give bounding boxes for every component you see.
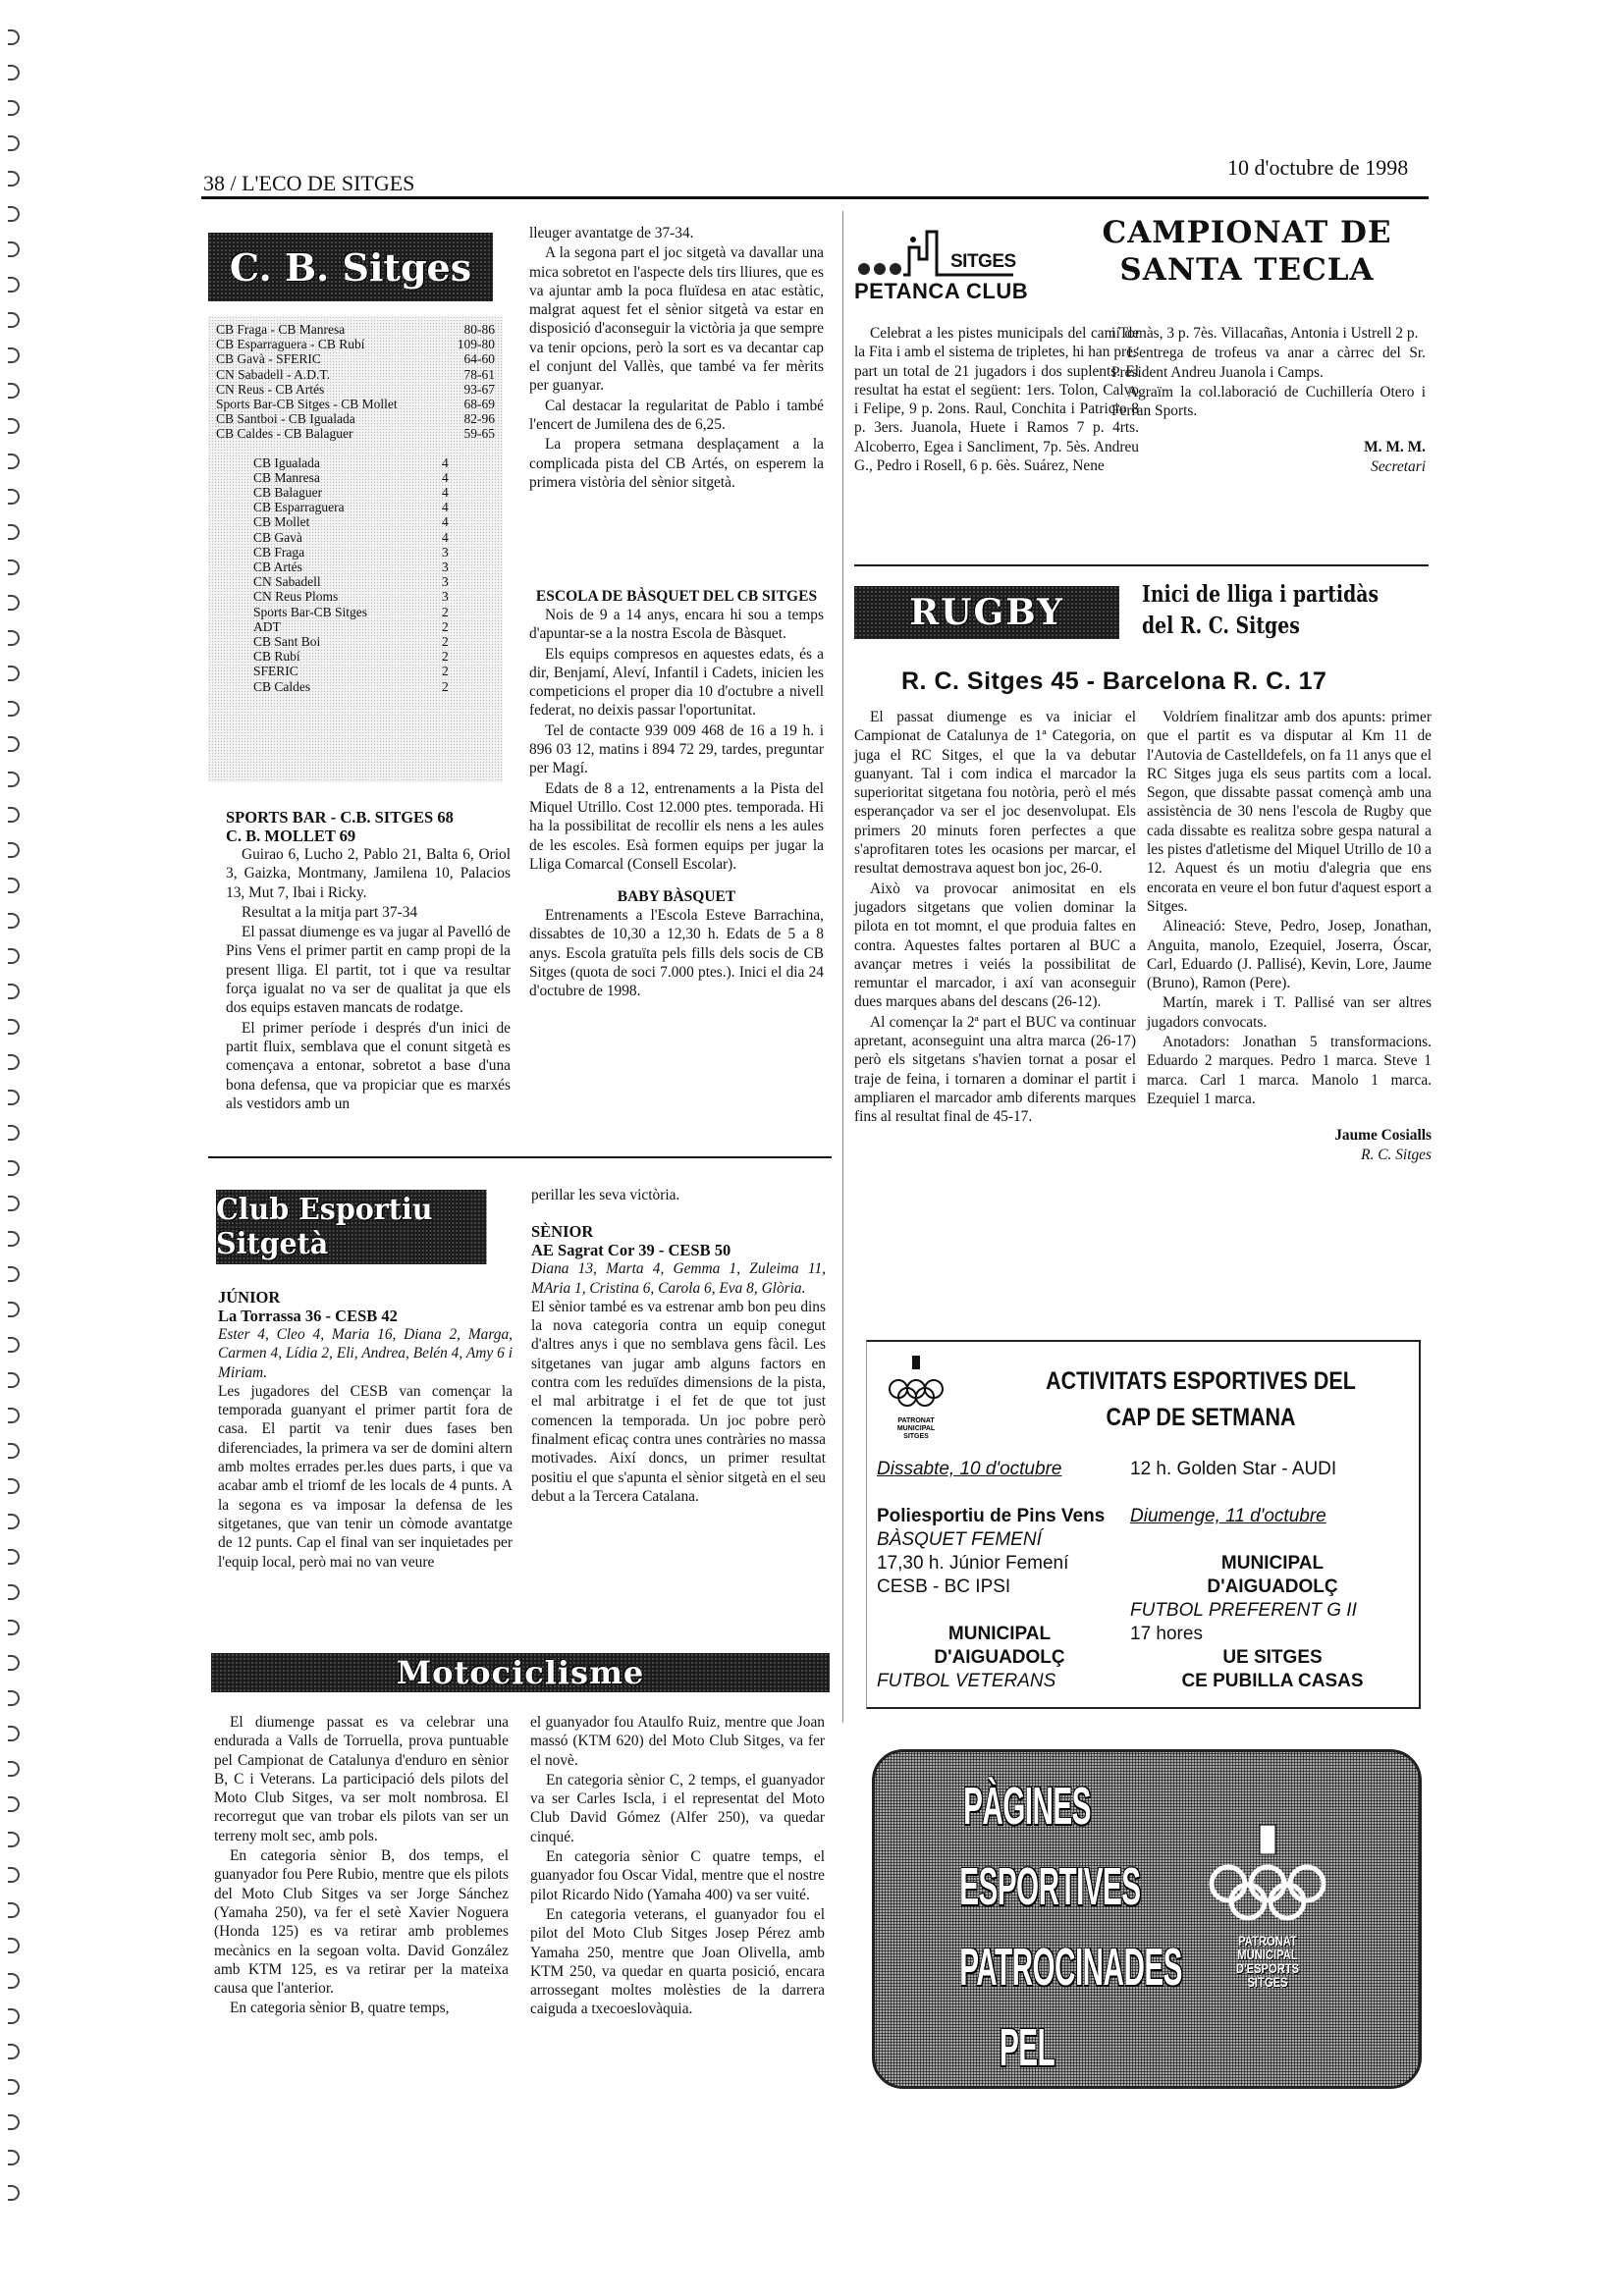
standings-team: CB Esparraguera [253,500,345,514]
venue-municipal: MUNICIPAL [1130,1552,1415,1575]
standings-points: 2 [442,605,471,619]
result-match: CB Esparraguera - CB Rubí [216,337,364,351]
time-17-hores: 17 hores [1130,1623,1415,1646]
senior-report: El sènior també es va estrenar amb bon p… [531,1298,826,1506]
rugby-title: RUGBY [909,592,1064,633]
result-row: CN Reus - CB Artés93-67 [216,382,495,397]
petanca-column-2: i Tomàs, 3 p. 7ès. Villacañas, Antonia i… [1111,324,1426,476]
standings-row: CB Gavà4 [253,530,471,545]
moto-paragraph: En categoria sènior C quatre temps, el g… [530,1847,825,1904]
petanca-paragraph: Celebrat a les pistes municipals del cam… [854,324,1139,475]
logo-line-1: PATRONAT [1213,1934,1323,1948]
rugby-paragraph: El passat diumenge es va iniciar el Camp… [854,708,1136,879]
standings-points: 3 [442,574,471,589]
sport-futbol-veterans: FUTBOL VETERANS [877,1670,1122,1693]
team-ue-sitges: UE SITGES [1130,1646,1415,1670]
logo-line-4: SITGES [1213,1975,1323,1989]
report-paragraph: El primer període i després d'un inici d… [226,1019,511,1113]
standings-row: CN Sabadell3 [253,574,471,589]
standings-points: 2 [442,634,471,649]
venue-pins-vens: Poliesportiu de Pins Vens [877,1505,1122,1528]
venue-aiguadolc: D'AIGUADOLÇ [1130,1575,1415,1599]
moto-paragraph: El diumenge passat es va celebrar una en… [214,1713,509,1845]
activities-title: ACTIVITATS ESPORTIVES DEL CAP DE SETMANA [1023,1363,1378,1436]
standings-row: CB Igualada4 [253,455,471,470]
result-score: 59-65 [464,426,496,441]
cesb-junior-section: JÚNIOR La Torrassa 36 - CESB 42 Ester 4,… [218,1288,513,1573]
standings-team: CN Sabadell [253,574,321,589]
junior-report: Les jugadores del CESB van començar la t… [218,1382,513,1572]
promo-line-2: ESPORTIVES [959,1846,1095,1927]
standings-points: 4 [442,514,471,529]
report-paragraph: A la segona part el joc sitgetà va daval… [529,243,824,395]
result-row: CB Esparraguera - CB Rubí109-80 [216,337,495,351]
cesb-title: Club Esportiu Sitgetà [216,1193,487,1261]
rugby-column-1: El passat diumenge es va iniciar el Camp… [854,708,1136,1128]
result-match: CN Sabadell - A.D.T. [216,367,330,382]
standings-row: CB Sant Boi2 [253,634,471,649]
rugby-paragraph: Al començar la 2ª part el BUC va continu… [854,1013,1136,1127]
result-score: 78-61 [464,367,496,382]
sport-basquet-femeni: BÀSQUET FEMENÍ [877,1528,1122,1552]
standings-points: 3 [442,545,471,560]
logo-line-3: D'ESPORTS [1213,1961,1323,1975]
svg-text:MUNICIPAL: MUNICIPAL [897,1425,936,1432]
venue-municipal: MUNICIPAL [877,1623,1122,1646]
promo-line-1: PÀGINES [959,1766,1095,1846]
escola-title: ESCOLA DE BÀSQUET DEL CB SITGES [529,587,824,606]
weekend-activities-box: PATRONAT MUNICIPAL SITGES ACTIVITATS ESP… [866,1340,1421,1709]
section-divider [854,564,1429,566]
petanca-paragraph: L'entrega de trofeus va anar a càrrec de… [1111,344,1426,382]
standings-team: ADT [253,619,281,634]
activities-sunday: 12 h. Golden Star - AUDI Diumenge, 11 d'… [1130,1458,1415,1693]
page-date: 10 d'octubre de 1998 [1227,155,1408,181]
rugby-score: R. C. Sitges 45 - Barcelona R. C. 17 [901,667,1326,696]
result-score: 82-96 [464,411,496,426]
rugby-paragraph: Voldríem finalitzar amb dos apunts: prim… [1147,708,1432,916]
result-score: 80-86 [464,322,496,337]
activities-saturday: Dissabte, 10 d'octubre Poliesportiu de P… [877,1458,1122,1693]
standings-team: CB Manresa [253,470,320,485]
standings-points: 2 [442,679,471,694]
standings-points: 4 [442,485,471,500]
junior-report-continued: perillar les seva victòria. [531,1186,826,1204]
result-match: CN Reus - CB Artés [216,382,324,397]
result-row: Sports Bar-CB Sitges - CB Mollet68-69 [216,397,495,411]
time-golden-star-audi: 12 h. Golden Star - AUDI [1130,1458,1415,1481]
result-row: CB Santboi - CB Igualada82-96 [216,411,495,426]
rugby-headline: Inici de lliga i partidàs del R. C. Sitg… [1142,579,1379,642]
standings-team: CB Rubí [253,649,300,664]
result-row: CN Sabadell - A.D.T.78-61 [216,367,495,382]
page-header-label: 38 / L'ECO DE SITGES [203,171,414,196]
result-match: CB Gavà - SFERIC [216,351,321,366]
petanca-logo-name: PETANCA CLUB [854,279,1028,304]
promo-headline: PÀGINES ESPORTIVES PATROCINADES PEL [959,1766,1095,2088]
report-paragraph: Guirao 6, Lucho 2, Pablo 21, Balta 6, Or… [226,845,511,902]
cesb-senior-section: perillar les seva victòria. SÈNIOR AE Sa… [531,1186,826,1507]
venue-aiguadolc: D'AIGUADOLÇ [877,1646,1122,1670]
rugby-column-2: Voldríem finalitzar amb dos apunts: prim… [1147,708,1432,1164]
standings-points: 4 [442,470,471,485]
sport-futbol-preferent: FUTBOL PREFERENT G II [1130,1599,1415,1623]
moto-column-2: el guanyador fou Ataulfo Ruiz, mentre qu… [530,1713,825,2020]
standings-row: CB Mollet4 [253,514,471,529]
result-match: Sports Bar-CB Sitges - CB Mollet [216,397,398,411]
petanca-signature: M. M. M. [1111,438,1426,456]
patronat-logo: PATRONAT MUNICIPAL D'ESPORTS SITGES [1199,1821,1336,1989]
escola-paragraph: Nois de 9 a 14 anys, encara hi sou a tem… [529,606,824,644]
senior-players: Diana 13, Marta 4, Gemma 1, Zuleima 11, … [531,1259,826,1298]
moto-paragraph: En categoria sènior B, dos temps, el gua… [214,1846,509,1998]
moto-paragraph: el guanyador fou Ataulfo Ruiz, mentre qu… [530,1713,825,1770]
escola-paragraph: Tel de contacte 939 009 468 de 16 a 19 h… [529,721,824,778]
team-ce-pubilla-casas: CE PUBILLA CASAS [1130,1670,1415,1693]
cb-sitges-banner: C. B. Sitges [208,233,493,301]
standings-row: CB Artés3 [253,560,471,574]
saturday-label: Dissabte, 10 d'octubre [877,1458,1122,1481]
rugby-banner: RUGBY [854,586,1119,639]
standings-row: Sports Bar-CB Sitges2 [253,605,471,619]
standings-team: CB Mollet [253,514,309,529]
result-row: CB Gavà - SFERIC64-60 [216,351,495,366]
section-divider [208,1156,832,1158]
cb-sitges-title: C. B. Sitges [230,245,471,290]
junior-label: JÚNIOR [218,1288,513,1307]
motociclisme-banner: Motociclisme [211,1653,830,1692]
junior-players: Ester 4, Cleo 4, Maria 16, Diana 2, Marg… [218,1325,513,1382]
match-title-line-1: SPORTS BAR - C.B. SITGES 68 [226,808,511,827]
motociclisme-title: Motociclisme [397,1654,645,1691]
standings-team: CB Balaguer [253,485,322,500]
petanca-logo-sitges: SITGES [950,251,1016,273]
escola-paragraph: Els equips compresos en aquestes edats, … [529,645,824,721]
senior-match: AE Sagrat Cor 39 - CESB 50 [531,1241,826,1259]
escola-paragraph: Edats de 8 a 12, entrenaments a la Pista… [529,779,824,874]
promo-line-3: PATROCINADES [959,1927,1095,2007]
standings-team: CB Sant Boi [253,634,320,649]
petanca-column-1: Celebrat a les pistes municipals del cam… [854,324,1139,476]
baby-basquet-title: BABY BÀSQUET [529,887,824,906]
moto-paragraph: En categoria sènior C, 2 temps, el guany… [530,1771,825,1846]
standings-points: 4 [442,455,471,470]
standings-team: CB Caldes [253,679,310,694]
escola-basquet-section: ESCOLA DE BÀSQUET DEL CB SITGES Nois de … [529,587,824,1002]
standings-row: CB Rubí2 [253,649,471,664]
moto-column-1: El diumenge passat es va celebrar una en… [214,1713,509,2019]
moto-paragraph: En categoria sènior B, quatre temps, [214,1999,509,2017]
report-paragraph: Resultat a la mitja part 37-34 [226,903,511,922]
petanca-headline: CAMPIONAT DE SANTA TECLA [1100,214,1394,289]
standings-row: CB Balaguer4 [253,485,471,500]
standings-points: 2 [442,649,471,664]
result-match: CB Santboi - CB Igualada [216,411,355,426]
match-cesb-ipsi: CESB - BC IPSI [877,1575,1122,1599]
result-score: 68-69 [464,397,496,411]
petanca-signature-role: Secretari [1111,457,1426,476]
junior-match: La Torrassa 36 - CESB 42 [218,1307,513,1325]
rugby-paragraph: Martín, marek i T. Pallisé van ser altre… [1147,993,1432,1032]
cesb-banner: Club Esportiu Sitgetà [216,1190,487,1264]
sponsor-promo-box: PÀGINES ESPORTIVES PATROCINADES PEL PATR… [872,1749,1422,2089]
standings-row: SFERIC2 [253,664,471,678]
petanca-paragraph: i Tomàs, 3 p. 7ès. Villacañas, Antonia i… [1111,324,1426,343]
basketball-results-box: CB Fraga - CB Manresa80-86CB Esparraguer… [208,316,503,782]
binding-holes [6,29,24,2287]
standings-team: CB Gavà [253,530,302,545]
report-paragraph: Cal destacar la regularitat de Pablo i t… [529,397,824,435]
promo-line-4: PEL [959,2007,1095,2088]
moto-paragraph: En categoria veterans, el guanyador fou … [530,1905,825,2019]
standings-row: CB Fraga3 [253,545,471,560]
standings-team: CB Artés [253,560,302,574]
baby-basquet-paragraph: Entrenaments a l'Escola Esteve Barrachin… [529,906,824,1000]
results-list: CB Fraga - CB Manresa80-86CB Esparraguer… [216,322,495,442]
report-paragraph: lleuger avantatge de 37-34. [529,224,824,242]
svg-text:PATRONAT: PATRONAT [897,1417,935,1424]
rugby-paragraph: Alineació: Steve, Pedro, Josep, Jonathan… [1147,917,1432,992]
rugby-headline-line-1: Inici de lliga i partidàs [1142,579,1379,611]
result-match: CB Fraga - CB Manresa [216,322,345,337]
result-score: 109-80 [458,337,495,351]
standings-table: CB Igualada4CB Manresa4CB Balaguer4CB Es… [216,455,471,694]
result-match: CB Caldes - CB Balaguer [216,426,352,441]
standings-points: 3 [442,589,471,604]
logo-line-2: MUNICIPAL [1213,1948,1323,1961]
standings-points: 2 [442,664,471,678]
standings-row: CB Caldes2 [253,679,471,694]
rugby-paragraph: Això va provocar animositat en els jugad… [854,880,1136,1012]
standings-points: 2 [442,619,471,634]
standings-row: CB Esparraguera4 [253,500,471,514]
header-divider [201,196,1429,199]
result-row: CB Caldes - CB Balaguer59-65 [216,426,495,441]
standings-row: CB Manresa4 [253,470,471,485]
standings-team: Sports Bar-CB Sitges [253,605,367,619]
rugby-headline-line-2: del R. C. Sitges [1142,611,1379,642]
result-score: 64-60 [464,351,496,366]
standings-team: CB Fraga [253,545,304,560]
standings-team: SFERIC [253,664,298,678]
column-divider [842,211,843,1723]
time-junior-femeni: 17,30 h. Júnior Femení [877,1552,1122,1575]
rugby-signature: Jaume Cosialls [1147,1126,1432,1145]
rugby-signature-role: R. C. Sitges [1147,1146,1432,1164]
standings-points: 3 [442,560,471,574]
cb-sitges-report-continued: lleuger avantatge de 37-34. A la segona … [529,224,824,493]
activities-title-line-1: ACTIVITATS ESPORTIVES DEL [1023,1363,1378,1400]
standings-row: ADT2 [253,619,471,634]
standings-team: CN Reus Ploms [253,589,338,604]
result-score: 93-67 [464,382,496,397]
olympic-rings-tower-icon [1199,1821,1336,1929]
petanca-club-logo: SITGES PETANCA CLUB [854,218,1051,308]
activities-title-line-2: CAP DE SETMANA [1023,1400,1378,1436]
senior-label: SÈNIOR [531,1222,826,1241]
cb-sitges-report: SPORTS BAR - C.B. SITGES 68 C. B. MOLLET… [226,808,511,1114]
result-row: CB Fraga - CB Manresa80-86 [216,322,495,337]
standings-points: 4 [442,500,471,514]
report-paragraph: El passat diumenge es va jugar al Pavell… [226,923,511,1017]
standings-points: 4 [442,530,471,545]
rugby-paragraph: Anotadors: Jonathan 5 transformacions. E… [1147,1033,1432,1108]
patronat-esports-logo-icon: PATRONAT MUNICIPAL SITGES [885,1354,953,1442]
svg-text:SITGES: SITGES [903,1433,929,1440]
standings-team: CB Igualada [253,455,320,470]
sunday-label: Diumenge, 11 d'octubre [1130,1505,1415,1528]
petanca-paragraph: Agraïm la col.laboració de Cuchillería O… [1111,383,1426,421]
standings-row: CN Reus Ploms3 [253,589,471,604]
report-paragraph: La propera setmana desplaçament a la com… [529,435,824,492]
match-title-line-2: C. B. MOLLET 69 [226,827,511,845]
